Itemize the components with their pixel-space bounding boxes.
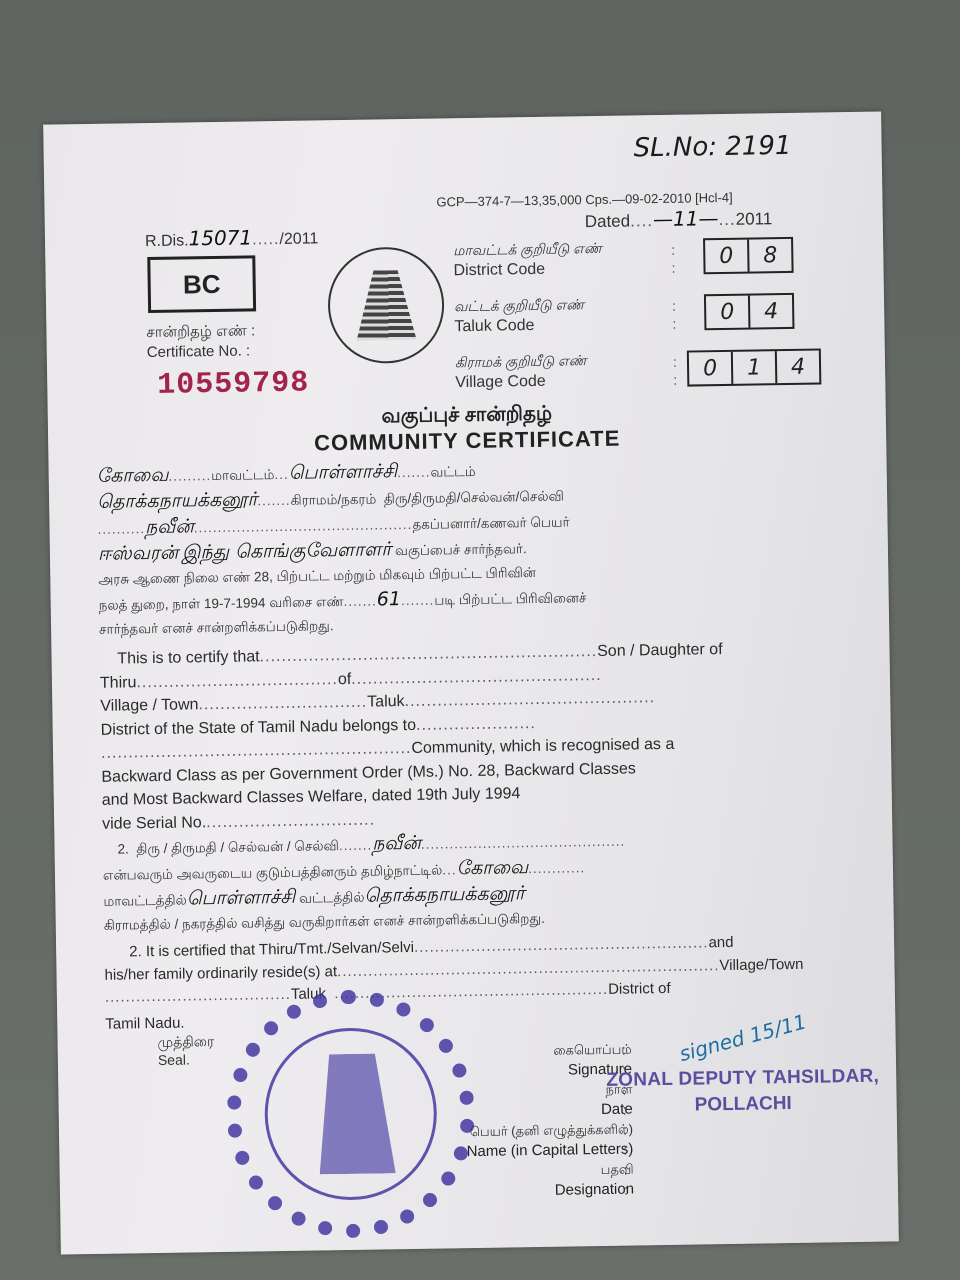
district-code-label-en: District Code: [453, 261, 545, 280]
certificate-number: 10559798: [157, 367, 310, 403]
district-code-label-ta: மாவட்டக் குறியீடு எண்: [453, 240, 602, 261]
government-seal-stamp-icon: [225, 988, 477, 1240]
category-badge: BC: [147, 255, 256, 313]
certificate-body: கோவை.........மாவட்டம்...பொள்ளாச்சி......…: [97, 453, 818, 1036]
rdis-line: R.Dis.15071...../2011: [145, 224, 319, 251]
rdis-label: R.Dis.: [145, 232, 189, 250]
dated-line: Dated....—11—...2011: [585, 205, 773, 232]
tamil-nadu-emblem-icon: [327, 246, 445, 364]
code-boxes: மாவட்டக் குறியீடு எண் District Code :: 0…: [453, 237, 816, 411]
dated-year: 2011: [736, 209, 773, 229]
english-paragraph-2: 2. It is certified that Thiru/Tmt./Selva…: [104, 931, 817, 1036]
designation-label: Designation: [464, 1180, 634, 1203]
officer-stamp-location: POLLACHI: [694, 1093, 791, 1117]
certificate-no-label-ta: சான்றிதழ் எண் :: [146, 321, 255, 343]
district-code-row: மாவட்டக் குறியீடு எண் District Code :: 0…: [453, 237, 814, 299]
rdis-year: /2011: [279, 230, 318, 248]
english-paragraph-1: This is to certify that.................…: [99, 637, 814, 836]
certificate-no-label: சான்றிதழ் எண் : Certificate No. :: [146, 321, 255, 363]
taluk-code-boxes: 0 4: [704, 293, 795, 330]
dated-label: Dated: [585, 211, 631, 231]
certificate-no-label-en: Certificate No. :: [147, 341, 256, 363]
district-code-boxes: 0 8: [703, 237, 794, 274]
taluk-code-label-ta: வட்டக் குறியீடு எண்: [454, 296, 584, 317]
signature-block-labels: கையொப்பம் Signature நாள் Date பெயர் (தனி…: [462, 1040, 634, 1203]
name-label: Name (in Capital Letters): [463, 1140, 633, 1163]
serial-note: SL.No: 2191: [633, 131, 791, 163]
dated-value: —11—: [653, 206, 719, 231]
village-code-label-en: Village Code: [455, 373, 546, 392]
village-code-boxes: 0 1 4: [687, 348, 822, 386]
seal-label: முத்திரை Seal.: [157, 1032, 214, 1069]
taluk-code-row: வட்டக் குறியீடு எண் Taluk Code :: 0 4: [454, 293, 815, 355]
serial-note-value: 2191: [725, 131, 792, 162]
taluk-code-label-en: Taluk Code: [454, 317, 534, 336]
date-label: Date: [463, 1100, 633, 1123]
certificate-paper: SL.No: 2191 GCP—374-7—13,35,000 Cps.—09-…: [43, 111, 899, 1254]
village-code-label-ta: கிராமக் குறியீடு எண்: [455, 352, 587, 373]
rdis-value: 15071: [188, 225, 252, 250]
serial-note-label: SL.No:: [633, 132, 717, 163]
officer-stamp-title: ZONAL DEPUTY TAHSILDAR,: [606, 1066, 879, 1092]
